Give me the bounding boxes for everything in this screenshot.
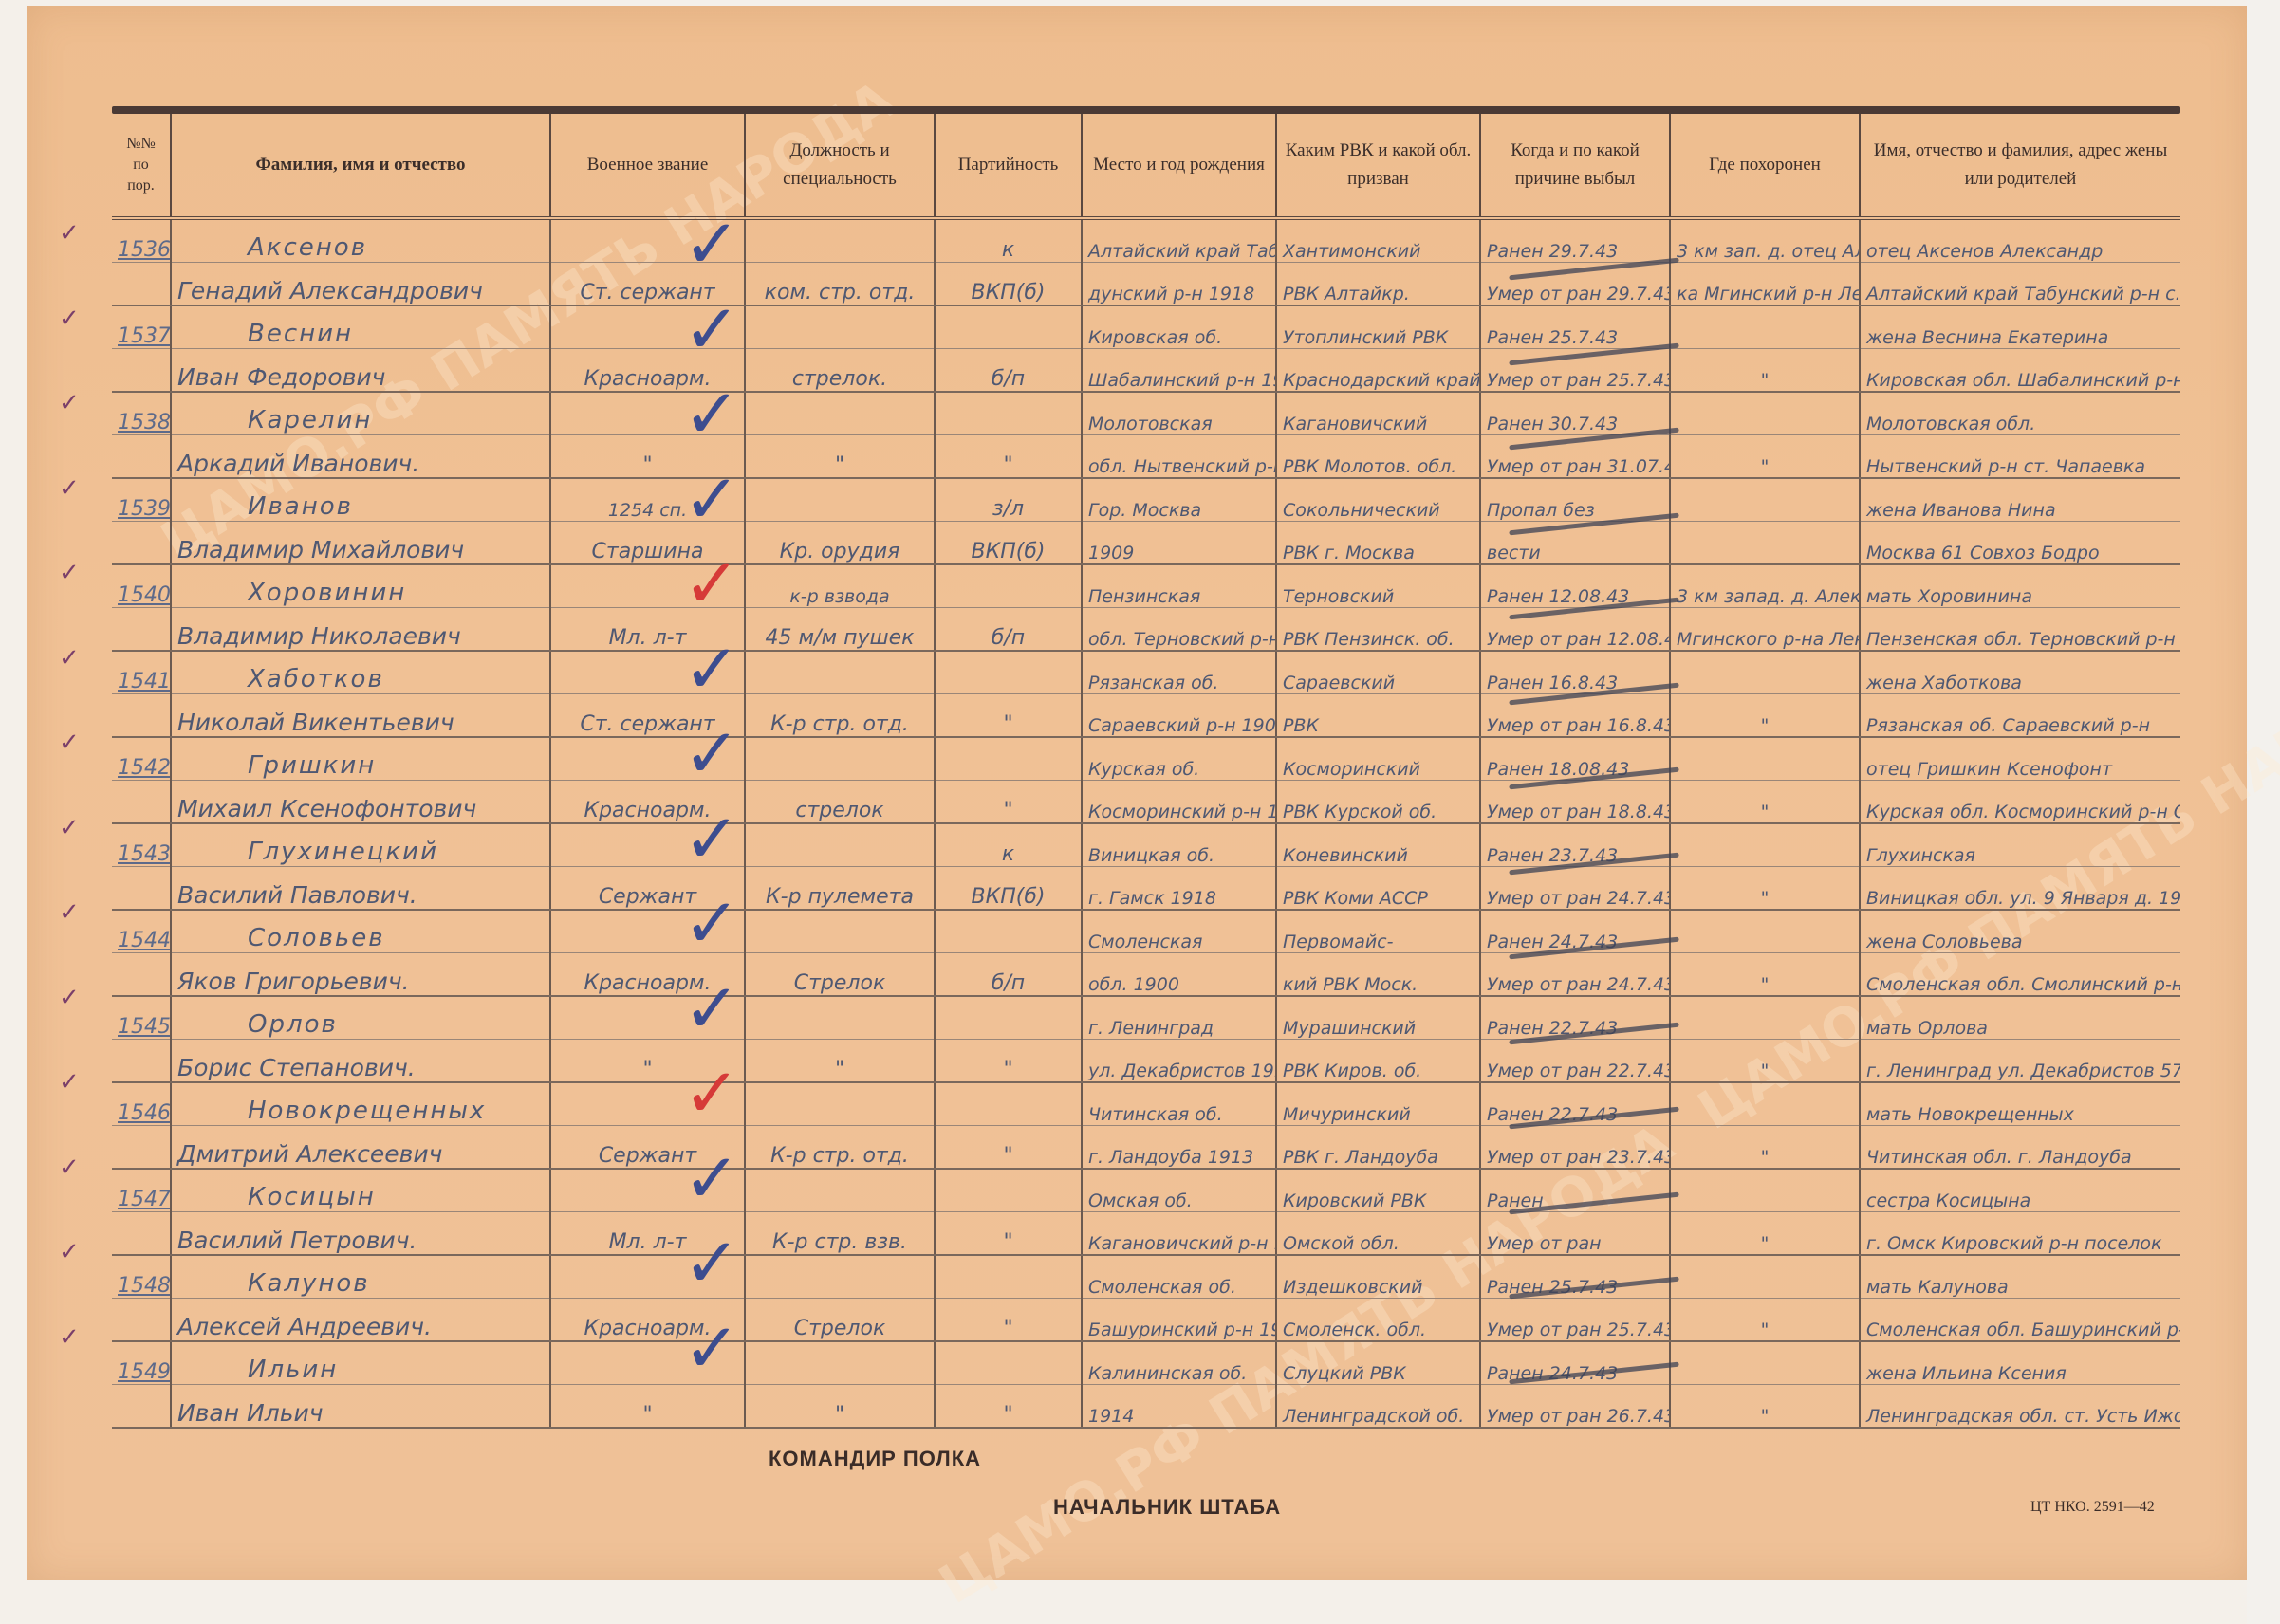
rvk-region: кий РВК Моск. (1276, 953, 1480, 997)
table-row: Борис Степанович."""ул. Декабристов 1919… (112, 1040, 2180, 1083)
check-mark-icon: ✓ (683, 1223, 740, 1302)
burial-place: " (1670, 349, 1860, 393)
record-number-text: 1536. (118, 238, 171, 262)
burial-place (1670, 651, 1860, 694)
next-of-kin: жена Веснина Екатерина (1860, 305, 2180, 349)
position-note (745, 1255, 935, 1299)
position: стрелок. (745, 349, 935, 393)
record-number-text: 1546. (118, 1101, 171, 1125)
record-number-blank (112, 953, 171, 997)
record-number-blank (112, 1040, 171, 1083)
party-note (935, 1169, 1082, 1212)
record-number-text: 1545 (118, 1015, 171, 1039)
surname: Орлов (171, 996, 550, 1040)
party-membership: " (935, 435, 1082, 479)
position-note (745, 737, 935, 781)
party-note (935, 737, 1082, 781)
position-note (745, 478, 935, 522)
party-membership: ВКП(б) (935, 263, 1082, 306)
party-note (935, 910, 1082, 953)
rvk: Хантимонский (1276, 218, 1480, 263)
record-number-blank (112, 1126, 171, 1170)
table-row: 1539.Иванов1254 сп.з/лГор. МоскваСокольн… (112, 478, 2180, 522)
next-of-kin-address: Кировская обл. Шабалинский р-н к-з Путь … (1860, 349, 2180, 393)
record-number-blank (112, 608, 171, 652)
record-number: 1540 (112, 564, 171, 608)
table-row: 1541ХаботковРязанская об.СараевскийРанен… (112, 651, 2180, 694)
rvk: Издешковский (1276, 1255, 1480, 1299)
table-row: 1545Орловг. ЛенинградМурашинскийРанен 22… (112, 996, 2180, 1040)
birth-place-year: обл. 1900 (1082, 953, 1276, 997)
surname: Гришкин (171, 737, 550, 781)
birth-place: г. Ленинград (1082, 996, 1276, 1040)
burial-place (1670, 1169, 1860, 1212)
next-of-kin: жена Ильина Ксения (1860, 1341, 2180, 1385)
burial-place (1670, 910, 1860, 953)
position: 45 м/м пушек (745, 608, 935, 652)
col-fate: Когда и по какой причине выбыл (1480, 114, 1670, 218)
table-row: 1536.АксеновкАлтайский край Таб-Хантимон… (112, 218, 2180, 263)
rvk-region: Краснодарский край (1276, 349, 1480, 393)
burial-place: " (1670, 1040, 1860, 1083)
surname: Калунов (171, 1255, 550, 1299)
party-note (935, 651, 1082, 694)
birth-place: Читинская об. (1082, 1082, 1276, 1126)
position-note (745, 218, 935, 263)
scanner-margin (2247, 0, 2280, 1624)
party-note (935, 996, 1082, 1040)
col-burial: Где похоронен (1670, 114, 1860, 218)
table-row: Яков Григорьевич.Красноарм.Стрелокб/побл… (112, 953, 2180, 997)
position: Кр. орудия (745, 522, 935, 565)
table-header: №№ по пор. Фамилия, имя и отчество Военн… (112, 114, 2180, 218)
table-row: Иван Ильич"""1914Ленинградской об.Умер о… (112, 1385, 2180, 1429)
next-of-kin: жена Хаботкова (1860, 651, 2180, 694)
margin-tick-icon: ✓ (59, 728, 80, 757)
record-number-blank (112, 781, 171, 824)
burial-place: 3 км запад. д. Александровка (1670, 564, 1860, 608)
burial-place (1670, 522, 1860, 565)
margin-tick-icon: ✓ (59, 983, 80, 1012)
table-row: Алексей Андреевич.Красноарм.Стрелок"Башу… (112, 1299, 2180, 1342)
rvk: Кировский РВК (1276, 1169, 1480, 1212)
record-number: 1543. (112, 823, 171, 867)
next-of-kin: отец Аксенов Александр (1860, 218, 2180, 263)
record-number-blank (112, 1385, 171, 1429)
party-membership: б/п (935, 608, 1082, 652)
birth-place-year: обл. Нытвенский р-н 1905 (1082, 435, 1276, 479)
next-of-kin-address: Нытвенский р-н ст. Чапаевка (1860, 435, 2180, 479)
rvk: Мичуринский (1276, 1082, 1480, 1126)
next-of-kin-address: Ленинградская обл. ст. Усть Ижора (1860, 1385, 2180, 1429)
position: ком. стр. отд. (745, 263, 935, 306)
burial-place (1670, 1255, 1860, 1299)
rvk-region: РВК (1276, 694, 1480, 738)
party-note (935, 1082, 1082, 1126)
next-of-kin: мать Новокрещенных (1860, 1082, 2180, 1126)
birth-place: Кировская об. (1082, 305, 1276, 349)
burial-place (1670, 478, 1860, 522)
birth-place-year: Сараевский р-н 1908 (1082, 694, 1276, 738)
fate-wounded: Ранен 29.7.43 (1480, 218, 1670, 263)
table-row: 1546.НовокрещенныхЧитинская об.Мичуринск… (112, 1082, 2180, 1126)
record-number-blank (112, 694, 171, 738)
next-of-kin-address: Курская обл. Косморинский р-н Совхоз (1860, 781, 2180, 824)
birth-place: Молотовская (1082, 392, 1276, 435)
given-name-patronymic: Николай Викентьевич (171, 694, 550, 738)
position: К-р стр. взв. (745, 1212, 935, 1256)
check-mark-icon: ✓ (683, 289, 740, 369)
given-name-patronymic: Генадий Александрович (171, 263, 550, 306)
col-rank: Военное звание (550, 114, 745, 218)
position-note: к-р взвода (745, 564, 935, 608)
birth-place: Пензинская (1082, 564, 1276, 608)
birth-place: Курская об. (1082, 737, 1276, 781)
birth-place: Алтайский край Таб- (1082, 218, 1276, 263)
party-note: к (935, 218, 1082, 263)
rvk: Терновский (1276, 564, 1480, 608)
party-note (935, 1255, 1082, 1299)
table-row: 1549ИльинКалининская об.Слуцкий РВКРанен… (112, 1341, 2180, 1385)
given-name-patronymic: Борис Степанович. (171, 1040, 550, 1083)
birth-place: Смоленская (1082, 910, 1276, 953)
burial-place: " (1670, 867, 1860, 911)
record-number: 1537. (112, 305, 171, 349)
burial-place: " (1670, 1126, 1860, 1170)
record-number-blank (112, 349, 171, 393)
record-number-blank (112, 1212, 171, 1256)
birth-place-year: 1909 (1082, 522, 1276, 565)
col-kin: Имя, отчество и фамилия, адрес жены или … (1860, 114, 2180, 218)
burial-place (1670, 823, 1860, 867)
table-row: Аркадий Иванович."""обл. Нытвенский р-н … (112, 435, 2180, 479)
margin-tick-icon: ✓ (59, 1153, 80, 1182)
table-row: Дмитрий АлексеевичСержантК-р стр. отд."г… (112, 1126, 2180, 1170)
rvk: Косморинский (1276, 737, 1480, 781)
party-note (935, 305, 1082, 349)
record-number: 1545 (112, 996, 171, 1040)
fate-died: Умер от ран (1480, 1212, 1670, 1256)
burial-place (1670, 1341, 1860, 1385)
record-number: 1538 (112, 392, 171, 435)
position-note (745, 651, 935, 694)
table-row: Генадий АлександровичСт. сержантком. стр… (112, 263, 2180, 306)
party-membership: " (935, 1212, 1082, 1256)
birth-place: Калининская об. (1082, 1341, 1276, 1385)
position-note (745, 392, 935, 435)
check-mark-icon: ✓ (683, 969, 740, 1048)
party-membership: " (935, 1385, 1082, 1429)
fate-died: Умер от ран 22.7.43 (1480, 1040, 1670, 1083)
given-name-patronymic: Иван Федорович (171, 349, 550, 393)
surname: Новокрещенных (171, 1082, 550, 1126)
next-of-kin-address: г. Ленинград ул. Декабристов 57 (1860, 1040, 2180, 1083)
table-row: 1544.СоловьевСмоленскаяПервомайс-Ранен 2… (112, 910, 2180, 953)
given-name-patronymic: Владимир Михайлович (171, 522, 550, 565)
rvk: Утоплинский РВК (1276, 305, 1480, 349)
birth-place-year: Косморинский р-н 1924 (1082, 781, 1276, 824)
col-number: №№ по пор. (112, 114, 171, 218)
position: " (745, 1040, 935, 1083)
next-of-kin-address: Пензенская обл. Терновский р-н село (1860, 608, 2180, 652)
military-rank: " (550, 1385, 745, 1429)
record-number: 1548 (112, 1255, 171, 1299)
party-membership: ВКП(б) (935, 867, 1082, 911)
surname: Аксенов (171, 218, 550, 263)
table-row: 1537.ВеснинКировская об.Утоплинский РВКР… (112, 305, 2180, 349)
fate-died: Умер от ран 24.7.43 г. (1480, 953, 1670, 997)
birth-place-year: дунский р-н 1918 (1082, 263, 1276, 306)
birth-place-year: обл. Терновский р-н 1923 (1082, 608, 1276, 652)
record-number: 1541 (112, 651, 171, 694)
rvk-region: РВК Молотов. обл. (1276, 435, 1480, 479)
next-of-kin-address: г. Омск Кировский р-н поселок (1860, 1212, 2180, 1256)
table-row: Владимир НиколаевичМл. л-т45 м/м пушекб/… (112, 608, 2180, 652)
rvk: Сараевский (1276, 651, 1480, 694)
next-of-kin: Молотовская обл. (1860, 392, 2180, 435)
table-row: 1543.ГлухинецкийкВиницкая об.Коневинский… (112, 823, 2180, 867)
margin-tick-icon: ✓ (59, 1067, 80, 1097)
given-name-patronymic: Василий Павлович. (171, 867, 550, 911)
record-number: 1542. (112, 737, 171, 781)
burial-place: " (1670, 1299, 1860, 1342)
burial-place (1670, 392, 1860, 435)
position: " (745, 435, 935, 479)
record-number: 1549 (112, 1341, 171, 1385)
birth-place-year: Башуринский р-н 1913 (1082, 1299, 1276, 1342)
next-of-kin-address: Алтайский край Табунский р-н с. Табуны (1860, 263, 2180, 306)
next-of-kin: отец Гришкин Ксенофонт (1860, 737, 2180, 781)
surname: Хаботков (171, 651, 550, 694)
check-mark-icon: ✓ (683, 799, 740, 878)
party-note: к (935, 823, 1082, 867)
check-mark-icon: ✓ (683, 204, 740, 284)
given-name-patronymic: Михаил Ксенофонтович (171, 781, 550, 824)
position: К-р стр. отд. (745, 694, 935, 738)
party-note: з/л (935, 478, 1082, 522)
margin-tick-icon: ✓ (59, 473, 80, 503)
rvk-region: РВК Алтайкр. (1276, 263, 1480, 306)
birth-place-year: г. Гамск 1918 (1082, 867, 1276, 911)
rvk-region: Омской обл. (1276, 1212, 1480, 1256)
margin-tick-icon: ✓ (59, 558, 80, 587)
burial-place (1670, 996, 1860, 1040)
position: " (745, 1385, 935, 1429)
col-birth: Место и год рождения (1082, 114, 1276, 218)
table-row: 1538КарелинМолотовскаяКагановичскийРанен… (112, 392, 2180, 435)
birth-place-year: 1914 (1082, 1385, 1276, 1429)
party-membership: " (935, 1299, 1082, 1342)
record-number-text: 1548 (118, 1274, 171, 1298)
given-name-patronymic: Владимир Николаевич (171, 608, 550, 652)
party-membership: " (935, 1126, 1082, 1170)
position-note (745, 823, 935, 867)
next-of-kin: мать Калунова (1860, 1255, 2180, 1299)
table-row: 1542.ГришкинКурская об.КосморинскийРанен… (112, 737, 2180, 781)
position: Стрелок (745, 953, 935, 997)
rvk: Коневинский (1276, 823, 1480, 867)
party-note (935, 1341, 1082, 1385)
check-mark-icon: ✓ (683, 459, 740, 539)
rvk-region: РВК Пензинск. об. (1276, 608, 1480, 652)
table-row: 1547КосицынОмская об.Кировский РВКРаненс… (112, 1169, 2180, 1212)
check-mark-icon: ✓ (683, 1138, 740, 1218)
next-of-kin-address: Виницкая обл. ул. 9 Января д. 19 (1860, 867, 2180, 911)
burial-place: 3 км зап. д. отец Александров. (1670, 218, 1860, 263)
rvk: Мурашинский (1276, 996, 1480, 1040)
burial-place: " (1670, 1212, 1860, 1256)
col-full-name: Фамилия, имя и отчество (171, 114, 550, 218)
fate-wounded: Ранен 24.7.43 (1480, 1341, 1670, 1385)
position-note (745, 305, 935, 349)
record-number-text: 1542. (118, 756, 171, 780)
margin-tick-icon: ✓ (59, 218, 80, 248)
party-membership: " (935, 781, 1082, 824)
position: Стрелок (745, 1299, 935, 1342)
check-mark-icon: ✓ (683, 1053, 740, 1133)
position: К-р пулемета (745, 867, 935, 911)
birth-place-year: г. Ландоуба 1913 (1082, 1126, 1276, 1170)
birth-place-year: Кагановичский р-н 1924 (1082, 1212, 1276, 1256)
fate-wounded: Ранен 25.7.43 (1480, 305, 1670, 349)
margin-tick-icon: ✓ (59, 1322, 80, 1352)
burial-place: " (1670, 953, 1860, 997)
record-number-text: 1541 (118, 670, 171, 693)
rvk: Кагановичский (1276, 392, 1480, 435)
check-mark-icon: ✓ (683, 713, 740, 793)
record-number-blank (112, 1299, 171, 1342)
next-of-kin-address: Смоленская обл. Башуринский р-н (1860, 1299, 2180, 1342)
surname: Веснин (171, 305, 550, 349)
fate-wounded: Ранен 24.7.43 (1480, 910, 1670, 953)
surname: Соловьев (171, 910, 550, 953)
burial-place: " (1670, 435, 1860, 479)
given-name-patronymic: Василий Петрович. (171, 1212, 550, 1256)
next-of-kin: сестра Косицына (1860, 1169, 2180, 1212)
top-rule (112, 106, 2180, 114)
given-name-patronymic: Аркадий Иванович. (171, 435, 550, 479)
next-of-kin: мать Хоровинина (1860, 564, 2180, 608)
party-membership: " (935, 694, 1082, 738)
fate-died: Умер от ран 25.7.43 г. (1480, 1299, 1670, 1342)
table-row: 1540Хоровининк-р взводаПензинскаяТерновс… (112, 564, 2180, 608)
check-mark-icon: ✓ (683, 629, 740, 709)
birth-place: Рязанская об. (1082, 651, 1276, 694)
next-of-kin: мать Орлова (1860, 996, 2180, 1040)
fate-died: Умер от ран 23.7.43 г. (1480, 1126, 1670, 1170)
commander-signature-label: КОМАНДИР ПОЛКА (769, 1447, 981, 1471)
record-number-text: 1539. (118, 497, 171, 521)
rvk-region: РВК Коми АССР (1276, 867, 1480, 911)
table-row: Михаил КсенофонтовичКрасноарм.стрелок"Ко… (112, 781, 2180, 824)
surname: Карелин (171, 392, 550, 435)
table-row: 1548КалуновСмоленская об.ИздешковскийРан… (112, 1255, 2180, 1299)
party-note (935, 392, 1082, 435)
rvk-region: РВК г. Ландоуба (1276, 1126, 1480, 1170)
rvk: Сокольнический (1276, 478, 1480, 522)
rvk-region: РВК Курской об. (1276, 781, 1480, 824)
birth-place: Виницкая об. (1082, 823, 1276, 867)
burial-place (1670, 1082, 1860, 1126)
form-code: ЦТ НКО. 2591—42 (2030, 1499, 2155, 1516)
rvk-region: Ленинградской об. (1276, 1385, 1480, 1429)
record-number: 1544. (112, 910, 171, 953)
margin-tick-icon: ✓ (59, 304, 80, 333)
party-membership: б/п (935, 349, 1082, 393)
next-of-kin-address: Рязанская об. Сараевский р-н (1860, 694, 2180, 738)
check-mark-icon: ✓ (683, 883, 740, 963)
record-number: 1539. (112, 478, 171, 522)
record-number-blank (112, 435, 171, 479)
col-party: Партийность (935, 114, 1082, 218)
record-number-blank (112, 263, 171, 306)
burial-place: Мгинского р-на Ленингр. обл. (1670, 608, 1860, 652)
record-number-blank (112, 522, 171, 565)
col-position: Должность и специальность (745, 114, 935, 218)
birth-place-year: ул. Декабристов 1919 (1082, 1040, 1276, 1083)
margin-tick-icon: ✓ (59, 388, 80, 417)
record-number-text: 1537. (118, 324, 171, 348)
record-number-text: 1543. (118, 842, 171, 866)
burial-place (1670, 737, 1860, 781)
birth-place: Гор. Москва (1082, 478, 1276, 522)
record-number: 1536. (112, 218, 171, 263)
fate-died: Умер от ран 26.7.43 г. (1480, 1385, 1670, 1429)
margin-tick-icon: ✓ (59, 1237, 80, 1266)
burial-place: " (1670, 781, 1860, 824)
record-number-text: 1544. (118, 929, 171, 952)
position-note (745, 996, 935, 1040)
next-of-kin-address: Смоленская обл. Смолинский р-н (1860, 953, 2180, 997)
surname: Косицын (171, 1169, 550, 1212)
next-of-kin: Глухинская (1860, 823, 2180, 867)
next-of-kin: жена Соловьева (1860, 910, 2180, 953)
given-name-patronymic: Иван Ильич (171, 1385, 550, 1429)
personnel-loss-table: №№ по пор. Фамилия, имя и отчество Военн… (112, 106, 2180, 1429)
party-membership: б/п (935, 953, 1082, 997)
surname: Ильин (171, 1341, 550, 1385)
birth-place-year: Шабалинский р-н 1916 (1082, 349, 1276, 393)
position: стрелок (745, 781, 935, 824)
chief-of-staff-signature-label: НАЧАЛЬНИК ШТАБА (1053, 1495, 1281, 1520)
margin-tick-icon: ✓ (59, 897, 80, 927)
party-note (935, 564, 1082, 608)
given-name-patronymic: Дмитрий Алексеевич (171, 1126, 550, 1170)
burial-place: " (1670, 694, 1860, 738)
margin-tick-icon: ✓ (59, 813, 80, 842)
given-name-patronymic: Алексей Андреевич. (171, 1299, 550, 1342)
next-of-kin-address: Москва 61 Совхоз Бодро (1860, 522, 2180, 565)
burial-place (1670, 305, 1860, 349)
party-membership: ВКП(б) (935, 522, 1082, 565)
record-number-blank (112, 867, 171, 911)
surname: Хоровинин (171, 564, 550, 608)
position: К-р стр. отд. (745, 1126, 935, 1170)
rvk: Слуцкий РВК (1276, 1341, 1480, 1385)
burial-place: ка Мгинский р-н Ленин. обл. (1670, 263, 1860, 306)
rvk: Первомайс- (1276, 910, 1480, 953)
rvk-region: РВК Киров. об. (1276, 1040, 1480, 1083)
record-number-text: 1538 (118, 411, 171, 434)
birth-place: Смоленская об. (1082, 1255, 1276, 1299)
surname: Глухинецкий (171, 823, 550, 867)
check-mark-icon: ✓ (683, 374, 740, 453)
check-mark-icon: ✓ (683, 1308, 740, 1388)
rvk-region: РВК г. Москва (1276, 522, 1480, 565)
fate-wounded: Пропал без (1480, 478, 1670, 522)
table-row: Николай ВикентьевичСт. сержантК-р стр. о… (112, 694, 2180, 738)
col-rvk: Каким РВК и какой обл. призван (1276, 114, 1480, 218)
